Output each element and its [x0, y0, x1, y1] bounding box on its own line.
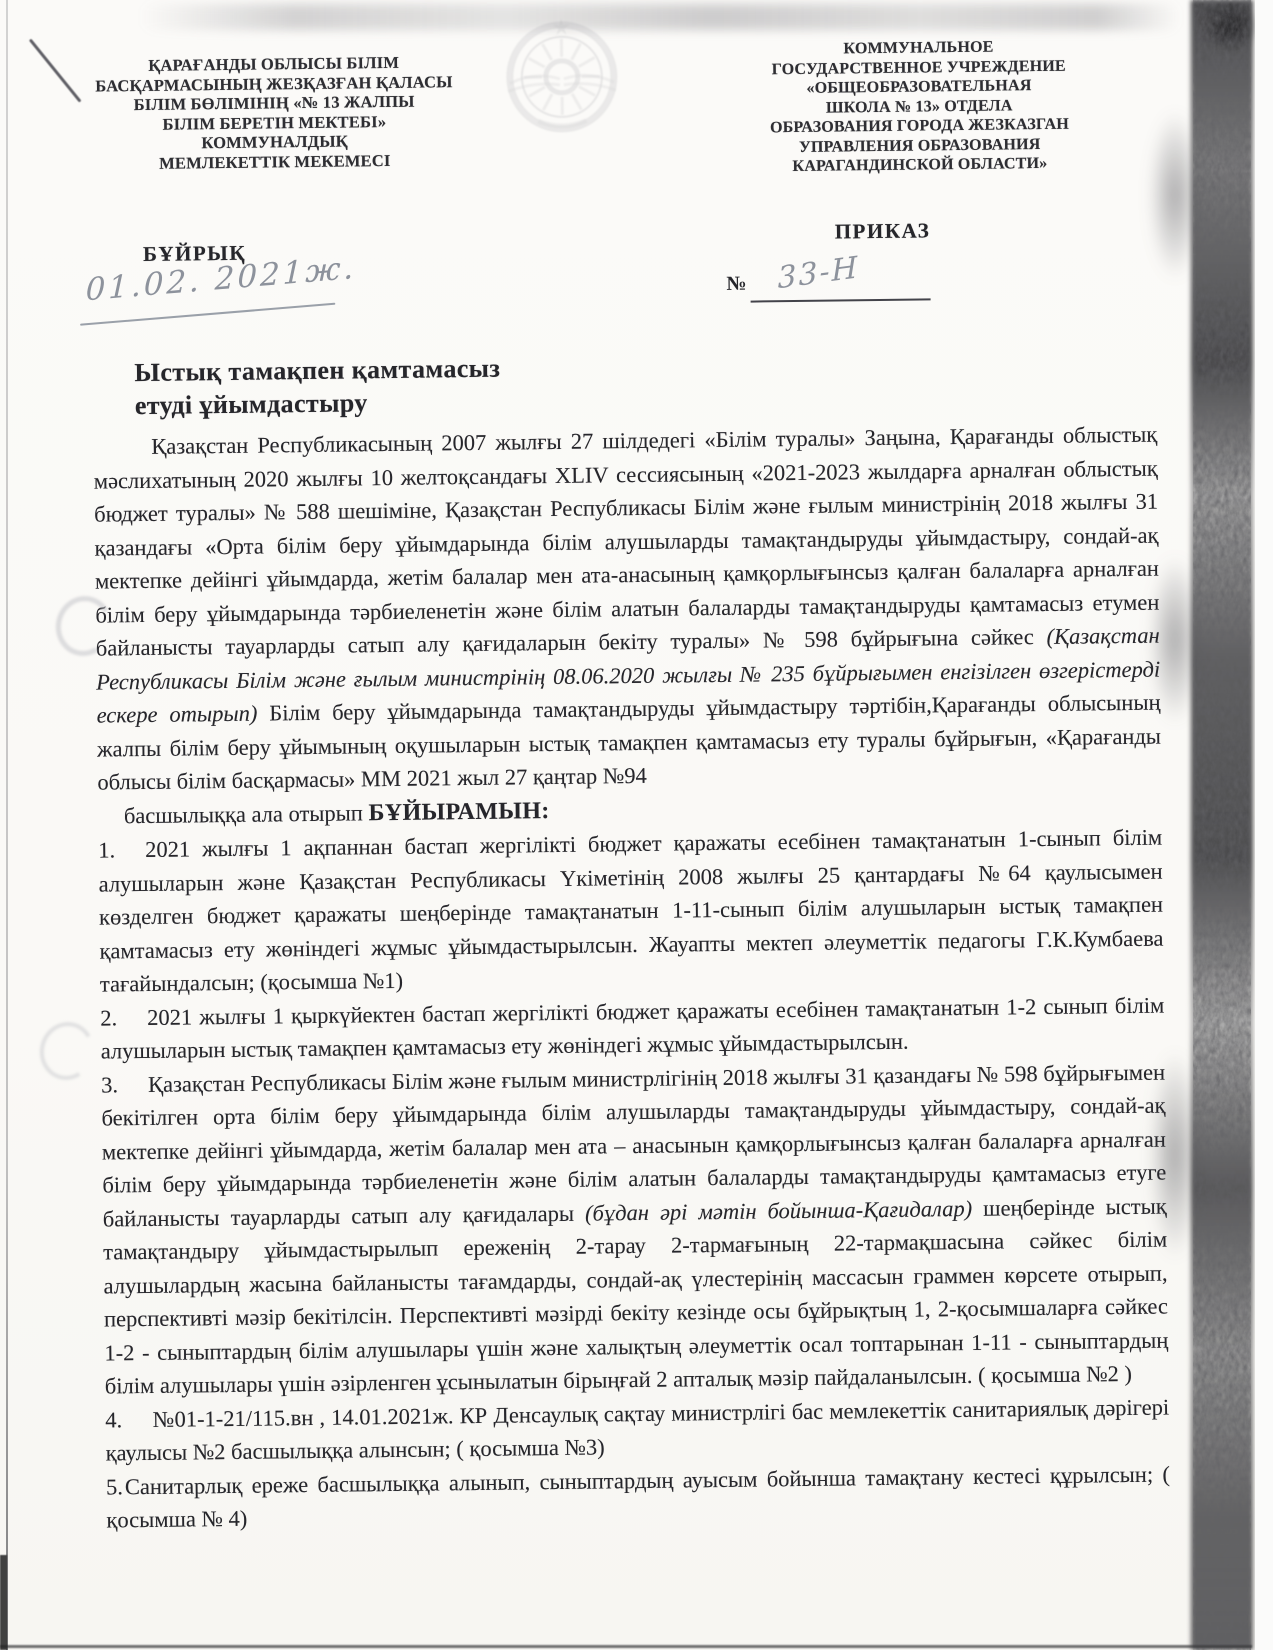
item-text-italic: (бұдан әрі мәтін бойынша-Қағидалар)	[585, 1195, 972, 1225]
order-item-5: 5.Санитарлық ереже басшылыққа алынып, сы…	[106, 1457, 1171, 1537]
item-text: №01-1-21/115.вн , 14.01.2021ж. КР Денсау…	[105, 1394, 1169, 1465]
resolve-keyword: БҰЙЫРАМЫН:	[368, 798, 550, 826]
date-underline	[80, 303, 335, 326]
scan-right-margin	[1255, 0, 1273, 1650]
resolve-lead: басшылыққа ала отырып	[124, 800, 369, 828]
document-title: Ыстық тамақпен қамтамасыз етуді ұйымдаст…	[134, 352, 501, 422]
scan-left-edge-line	[6, 0, 8, 1650]
org-name-russian: КОММУНАЛЬНОЕ ГОСУДАРСТВЕННОЕ УЧРЕЖДЕНИЕ …	[716, 36, 1122, 177]
scan-corner-shadow	[0, 1555, 7, 1650]
item-number: 4.	[105, 1406, 152, 1432]
handwritten-order-number: 33-Н	[777, 250, 860, 296]
item-number: 3.	[101, 1071, 148, 1097]
order-number-line	[751, 298, 931, 302]
order-number-sign: №	[726, 273, 746, 296]
scan-grain-noise	[1175, 0, 1265, 1650]
scanned-document-page: ҚАРАҒАНДЫ ОБЛЫСЫ БІЛІМ БАСҚАРМАСЫНЫҢ ЖЕЗ…	[0, 0, 1273, 1650]
state-emblem-watermark-icon	[493, 12, 631, 150]
item-number: 5.	[106, 1474, 125, 1499]
item-text: 2021 жылғы 1 қыркүйектен бастап жергілік…	[101, 992, 1165, 1063]
item-number: 2.	[100, 1004, 147, 1030]
intro-segment-3: Білім беру ұйымдарында тамақтандыруды ұй…	[97, 690, 1161, 795]
order-item-3: 3.Қазақстан Республикасы Білім және ғылы…	[101, 1055, 1169, 1403]
item-number: 1.	[98, 837, 145, 863]
scan-top-smudge	[140, 4, 1180, 30]
document-sheet: ҚАРАҒАНДЫ ОБЛЫСЫ БІЛІМ БАСҚАРМАСЫНЫҢ ЖЕЗ…	[0, 0, 1273, 1650]
scan-bottom-edge-line	[0, 1645, 1252, 1648]
org-name-kazakh: ҚАРАҒАНДЫ ОБЛЫСЫ БІЛІМ БАСҚАРМАСЫНЫҢ ЖЕЗ…	[77, 52, 472, 174]
intro-segment-1: Қазақстан Республикасының 2007 жылғы 27 …	[94, 422, 1160, 661]
item-text: Санитарлық ереже басшылыққа алынып, сыны…	[106, 1461, 1170, 1532]
item-text: 2021 жылғы 1 ақпаннан бастап жергілікті …	[99, 825, 1164, 997]
order-item-1: 1.2021 жылғы 1 ақпаннан бастап жергілікт…	[98, 821, 1164, 1001]
order-label-russian: ПРИКАЗ	[835, 218, 931, 244]
intro-paragraph: Қазақстан Республикасының 2007 жылғы 27 …	[93, 418, 1161, 799]
document-body: Қазақстан Республикасының 2007 жылғы 27 …	[93, 418, 1170, 1537]
